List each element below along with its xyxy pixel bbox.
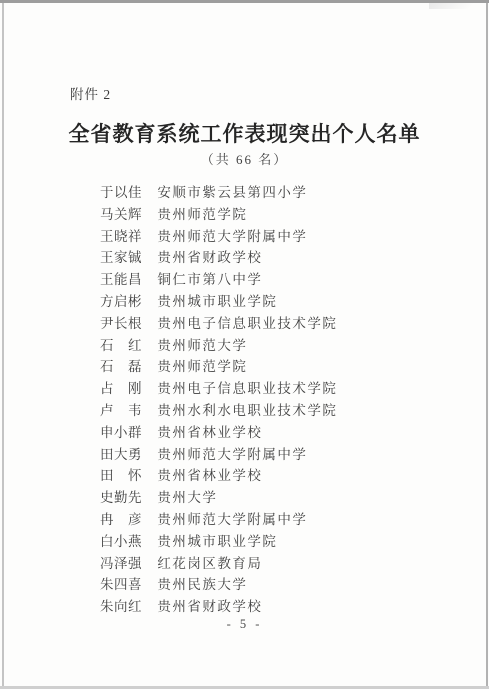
organization-name: 贵州师范大学附属中学 [157, 509, 307, 531]
organization-name: 贵州电子信息职业技术学院 [157, 313, 337, 335]
organization-name: 贵州城市职业学院 [157, 291, 277, 313]
list-item: 王家铖 贵州省财政学校 [100, 247, 460, 269]
scanned-document-page: 附件 2 全省教育系统工作表现突出个人名单 （共 66 名） 于以佳 安顺市紫云… [0, 0, 489, 689]
list-item: 石 磊 贵州师范学院 [100, 356, 460, 378]
list-item: 尹长根 贵州电子信息职业技术学院 [100, 313, 460, 335]
list-item: 于以佳 安顺市紫云县第四小学 [100, 182, 460, 204]
list-item: 田 怀 贵州省林业学校 [100, 465, 460, 487]
organization-name: 红花岗区教育局 [157, 553, 262, 575]
organization-name: 贵州城市职业学院 [157, 531, 277, 553]
list-item: 冯泽强 红花岗区教育局 [100, 553, 460, 575]
organization-name: 贵州省林业学校 [157, 465, 262, 487]
person-name: 于以佳 [100, 182, 143, 204]
organization-name: 安顺市紫云县第四小学 [157, 182, 307, 204]
list-item: 田大勇 贵州师范大学附属中学 [100, 444, 460, 466]
person-name: 朱向红 [100, 596, 143, 618]
person-name: 朱四喜 [100, 574, 143, 596]
person-name: 尹长根 [100, 313, 143, 335]
organization-name: 贵州省财政学校 [157, 247, 262, 269]
scan-edge-left [2, 3, 4, 686]
person-name: 申小群 [100, 422, 143, 444]
list-item: 方启彬 贵州城市职业学院 [100, 291, 460, 313]
list-item: 卢 韦 贵州水利水电职业技术学院 [100, 400, 460, 422]
organization-name: 贵州省林业学校 [157, 422, 262, 444]
page-title: 全省教育系统工作表现突出个人名单 [0, 118, 489, 148]
person-name: 王能昌 [100, 269, 143, 291]
page-number: - 5 - [0, 617, 489, 632]
person-name: 冯泽强 [100, 553, 143, 575]
organization-name: 贵州电子信息职业技术学院 [157, 378, 337, 400]
name-list: 于以佳 安顺市紫云县第四小学 马关辉 贵州师范学院 王晓祥 贵州师范大学附属中学… [100, 182, 460, 618]
organization-name: 铜仁市第八中学 [157, 269, 262, 291]
person-name: 卢 韦 [100, 400, 143, 422]
list-item: 朱四喜 贵州民族大学 [100, 574, 460, 596]
scan-corner-shade [429, 3, 489, 9]
list-item: 石 红 贵州师范大学 [100, 335, 460, 357]
organization-name: 贵州师范大学附属中学 [157, 444, 307, 466]
list-item: 冉 彦 贵州师范大学附属中学 [100, 509, 460, 531]
organization-name: 贵州师范大学 [157, 335, 247, 357]
list-item: 朱向红 贵州省财政学校 [100, 596, 460, 618]
organization-name: 贵州师范大学附属中学 [157, 226, 307, 248]
person-name: 方启彬 [100, 291, 143, 313]
person-name: 史勤先 [100, 487, 143, 509]
organization-name: 贵州水利水电职业技术学院 [157, 400, 337, 422]
person-name: 白小燕 [100, 531, 143, 553]
list-item: 史勤先 贵州大学 [100, 487, 460, 509]
subtitle-count: （共 66 名） [0, 149, 489, 168]
list-item: 申小群 贵州省林业学校 [100, 422, 460, 444]
list-item: 占 刚 贵州电子信息职业技术学院 [100, 378, 460, 400]
list-item: 王能昌 铜仁市第八中学 [100, 269, 460, 291]
person-name: 石 红 [100, 335, 143, 357]
person-name: 石 磊 [100, 356, 143, 378]
organization-name: 贵州师范学院 [157, 356, 247, 378]
organization-name: 贵州民族大学 [157, 574, 247, 596]
scan-edge-right [486, 3, 488, 686]
organization-name: 贵州师范学院 [157, 204, 247, 226]
person-name: 冉 彦 [100, 509, 143, 531]
organization-name: 贵州省财政学校 [157, 596, 262, 618]
person-name: 田大勇 [100, 444, 143, 466]
list-item: 白小燕 贵州城市职业学院 [100, 531, 460, 553]
person-name: 马关辉 [100, 204, 143, 226]
attachment-label: 附件 2 [70, 83, 111, 103]
person-name: 占 刚 [100, 378, 143, 400]
list-item: 王晓祥 贵州师范大学附属中学 [100, 226, 460, 248]
person-name: 田 怀 [100, 465, 143, 487]
organization-name: 贵州大学 [157, 487, 217, 509]
scan-edge-top [0, 0, 489, 3]
list-item: 马关辉 贵州师范学院 [100, 204, 460, 226]
person-name: 王家铖 [100, 247, 143, 269]
person-name: 王晓祥 [100, 226, 143, 248]
